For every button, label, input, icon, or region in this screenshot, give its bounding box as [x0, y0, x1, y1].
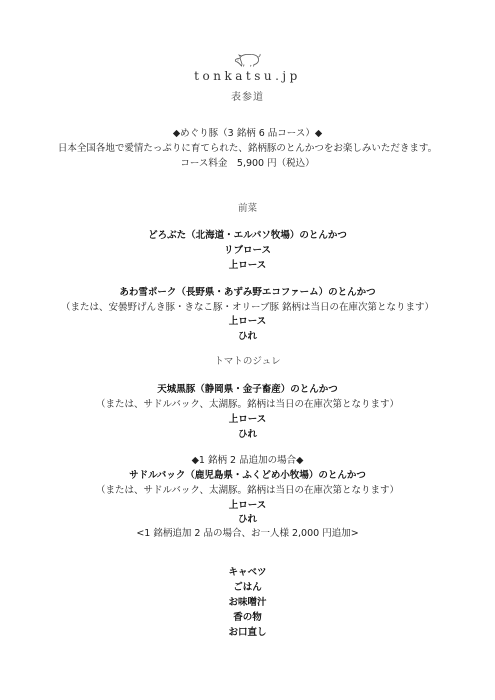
item2-cut: ひれ	[0, 330, 495, 344]
addon-cut: 上ロース	[0, 499, 495, 513]
pig-icon	[234, 52, 262, 68]
addon-name: サドルバック（鹿児島県・ふくどめ小牧場）のとんかつ	[0, 469, 495, 483]
item3-note: （または、サドルバック、太湖豚。銘柄は当日の在庫次第となります）	[0, 398, 495, 412]
course-title: ◆めぐり豚（3 銘柄 6 品コース）◆	[0, 127, 495, 141]
appetizer-heading: 前菜	[0, 202, 495, 216]
addon-note: （または、サドルバック、太湖豚。銘柄は当日の在庫次第となります）	[0, 484, 495, 498]
item1-name: どろぶた（北海道・エルパソ牧場）のとんかつ	[0, 229, 495, 243]
branch-name: 表参道	[0, 88, 495, 103]
addon-cut: ひれ	[0, 513, 495, 527]
item3-cut: ひれ	[0, 428, 495, 442]
item3-name: 天城黒豚（静岡県・金子畜産）のとんかつ	[0, 383, 495, 397]
logo-text: tonkatsu.jp	[0, 69, 495, 83]
side-item: キャベツ	[0, 566, 495, 580]
intermission-heading: トマトのジュレ	[0, 355, 495, 369]
item2-note: （または、安曇野げんき豚・きなこ豚・オリーブ豚 銘柄は当日の在庫次第となります）	[0, 301, 495, 315]
side-item: ごはん	[0, 581, 495, 595]
side-item: お口直し	[0, 626, 495, 640]
item1-cut: リブロース	[0, 244, 495, 258]
item1-cut: 上ロース	[0, 259, 495, 273]
addon-price-note: <1 銘柄追加 2 品の場合、お一人様 2,000 円追加>	[0, 527, 495, 541]
course-price: コース料金 5,900 円（税込）	[0, 157, 495, 171]
side-item: お味噌汁	[0, 596, 495, 610]
course-description: 日本全国各地で愛情たっぷりに育てられた、銘柄豚のとんかつをお楽しみいただきます。	[0, 142, 495, 156]
addon-title: ◆1 銘柄 2 品追加の場合◆	[0, 454, 495, 468]
item2-name: あわ雪ポーク（長野県・あずみ野エコファーム）のとんかつ	[0, 286, 495, 300]
item2-cut: 上ロース	[0, 315, 495, 329]
item3-cut: 上ロース	[0, 413, 495, 427]
side-item: 香の物	[0, 611, 495, 625]
